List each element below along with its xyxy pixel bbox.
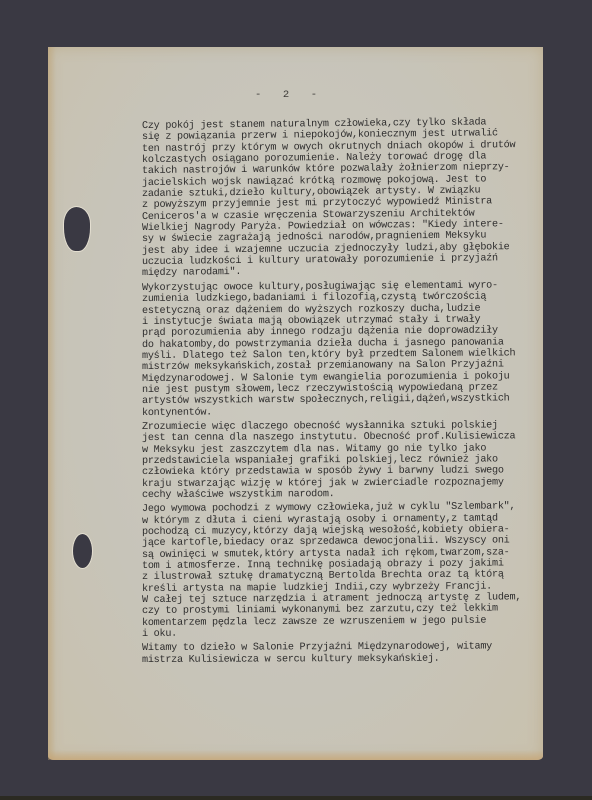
typewritten-page: - 2 - Czy pokój jest stanem naturalnym c…	[48, 47, 543, 760]
text-line: mistrza Kulisiewicza w sercu kultury mek…	[142, 653, 542, 666]
text-line: cechy właściwe wszystkim narodom.	[142, 488, 542, 501]
paragraph-5: Witamy to dzieło w Salonie Przyjaźni Mię…	[142, 643, 542, 666]
scan-bottom-edge	[0, 796, 592, 800]
paragraph-2: Wykorzystując owoce kultury,posługiwając…	[142, 283, 542, 419]
text-line: między narodami".	[142, 264, 542, 280]
punch-hole-top	[64, 207, 90, 251]
text-line: kontynentów.	[142, 405, 542, 419]
text-line: i oku.	[142, 626, 542, 640]
paragraph-3: Zrozumiecie więc dlaczego obecność wysła…	[142, 422, 542, 501]
document-body: Czy pokój jest stanem naturalnym człowie…	[142, 121, 542, 669]
page-number: - 2 -	[255, 89, 320, 101]
paragraph-1: Czy pokój jest stanem naturalnym człowie…	[142, 121, 542, 280]
paragraph-4: Jego wymowa pochodzi z wymowy człowieka,…	[142, 504, 542, 640]
punch-hole-bottom	[73, 534, 92, 568]
